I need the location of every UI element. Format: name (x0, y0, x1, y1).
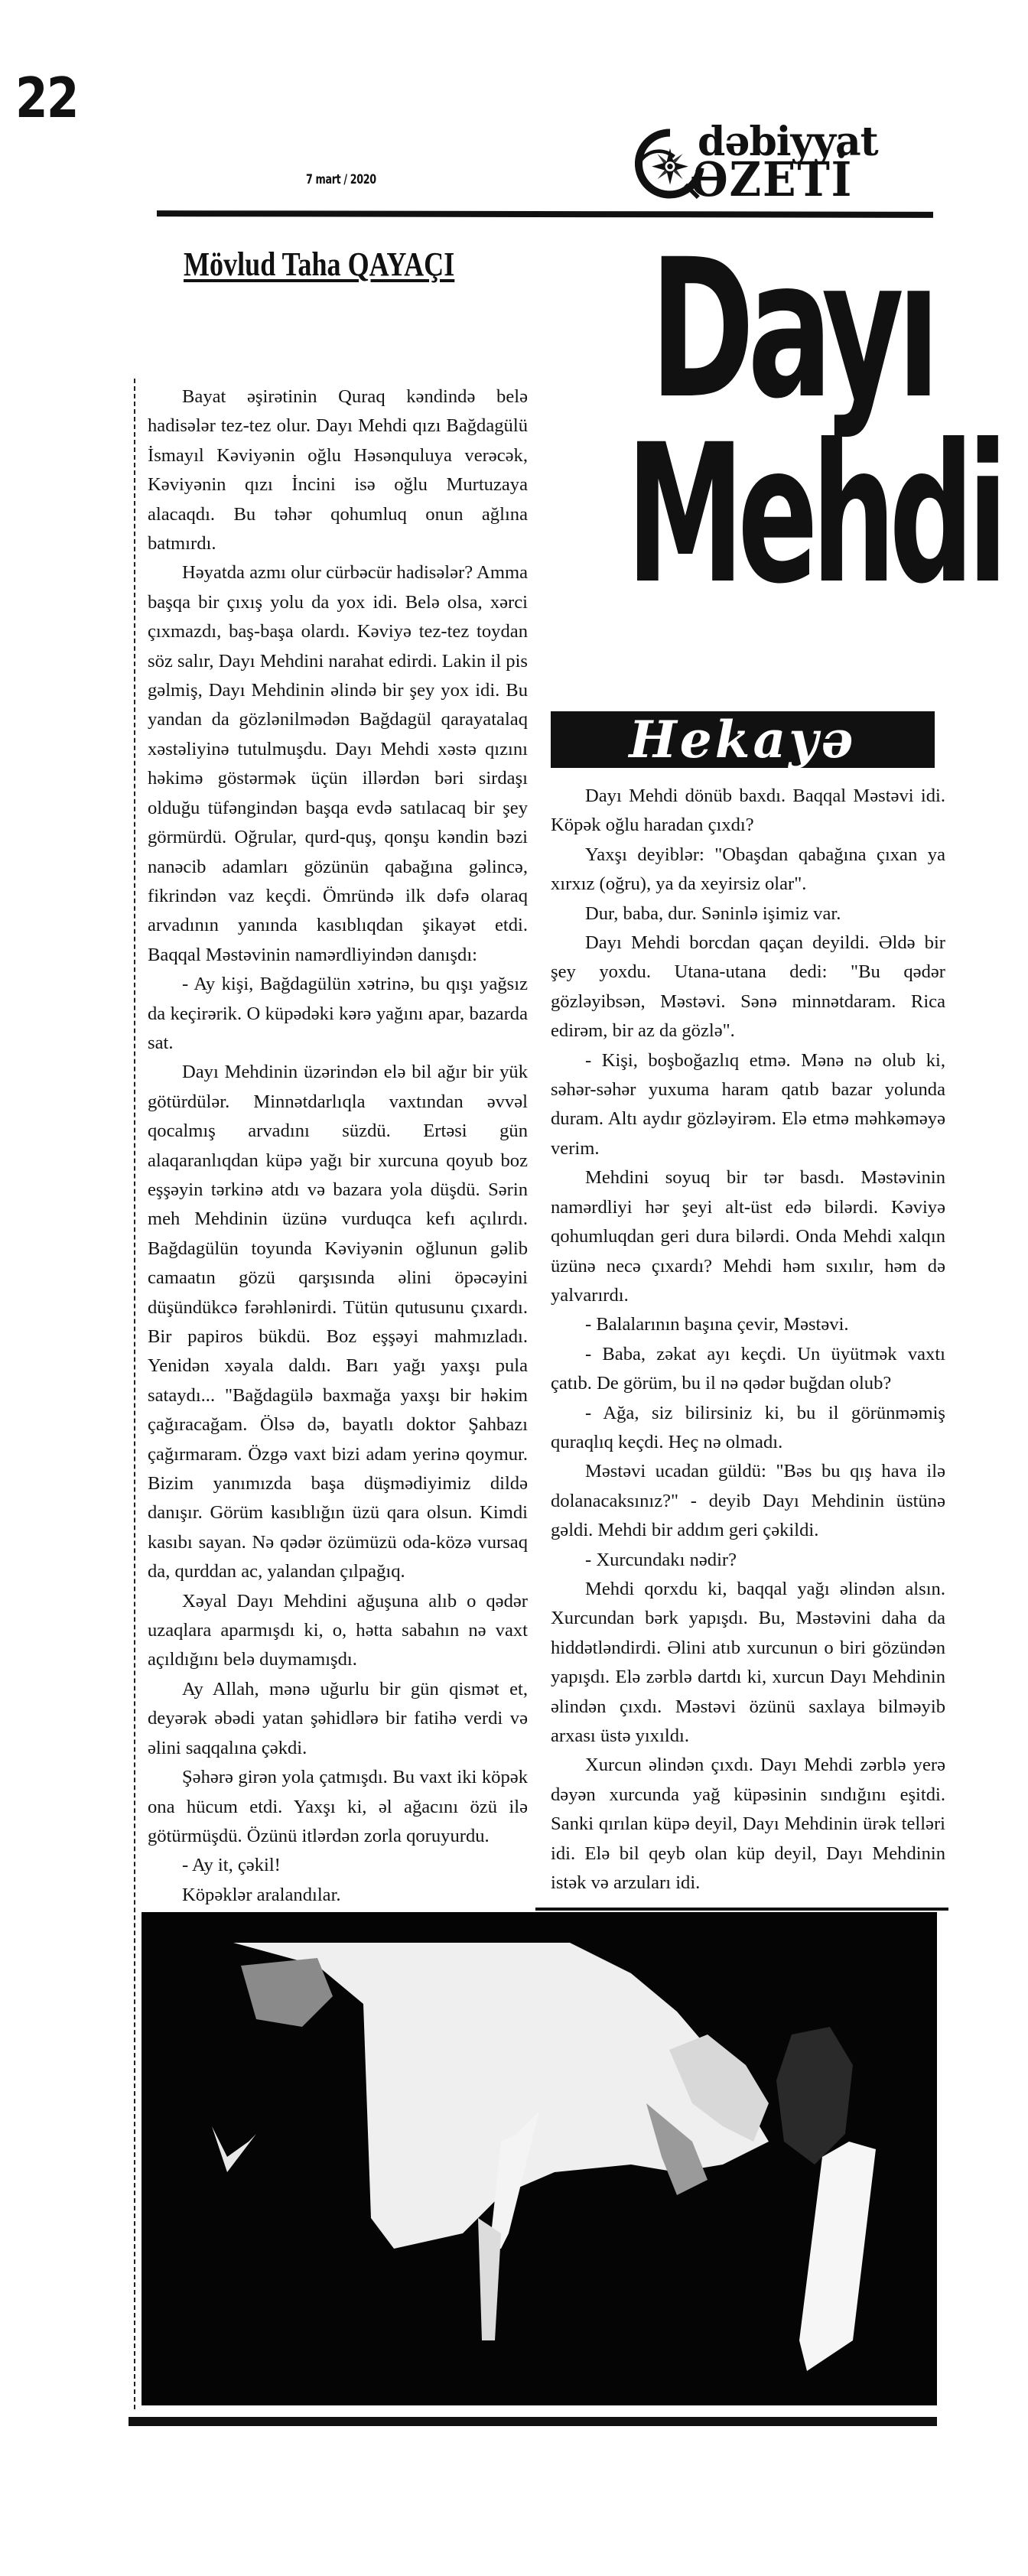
paragraph: Dayı Mehdi dönüb baxdı. Baqqal Məstə­vi … (551, 782, 945, 841)
paragraph: Dayı Mehdinin üzərindən elə bil ağır bir… (148, 1058, 528, 1586)
article-right-column: Dayı Mehdi dönüb baxdı. Baqqal Məstə­vi … (551, 782, 945, 1898)
page-number: 22 (15, 70, 78, 125)
paragraph: - Kişi, boşboğazlıq etmə. Mənə nə olub k… (551, 1046, 945, 1164)
paragraph: - Ağa, siz bilirsiniz ki, bu il görünməm… (551, 1399, 945, 1458)
paragraph: - Ay kişi, Bağdagülün xətrinə, bu qışı y… (148, 970, 528, 1058)
genre-banner: Hekayə (551, 711, 935, 768)
paragraph: - Xurcundakı nədir? (551, 1546, 945, 1575)
paragraph: Həyatda azmı olur cürbəcür hadisələr? Am… (148, 558, 528, 970)
article-title-line-2: Mehdi (626, 419, 873, 610)
footer-rule (128, 2417, 937, 2426)
column-end-rule (535, 1908, 948, 1911)
paragraph: Xəyal Dayı Mehdini ağuşuna alıb o qə­dər… (148, 1587, 528, 1675)
paragraph: - Ay it, çəkil! (148, 1851, 528, 1880)
logo-wordmark-bottom: ƏZETİ (690, 156, 853, 203)
paragraph: - Baba, zəkat ayı keçdi. Un üyütmək vaxt… (551, 1340, 945, 1399)
paragraph: Xurcun əlindən çıxdı. Dayı Mehdi zərb­lə… (551, 1751, 945, 1898)
column-dashed-border (134, 379, 135, 2409)
article-left-column: Bayat əşirətinin Quraq kəndində belə had… (148, 382, 528, 1910)
article-title-line-1: Dayı (650, 234, 842, 425)
paragraph: Yaxşı deyiblər: "Obaşdan qabağına çıxan … (551, 841, 945, 899)
paragraph: Şəhərə girən yola çatmışdı. Bu vaxt iki … (148, 1763, 528, 1851)
header-rule (157, 210, 933, 218)
paragraph: Bayat əşirətinin Quraq kəndində belə had… (148, 382, 528, 558)
paragraph: Ay Allah, mənə uğurlu bir gün qismət et,… (148, 1675, 528, 1763)
article-photo (142, 1912, 937, 2405)
genre-label: Hekayə (629, 714, 856, 765)
newspaper-logo: dəbiyyat ƏZETİ (635, 122, 895, 203)
paragraph: Mehdini soyuq bir tər basdı. Məstəvinin … (551, 1163, 945, 1310)
author-byline: Mövlud Taha QAYAÇI (184, 245, 454, 284)
paragraph: Məstəvi ucadan güldü: "Bəs bu qış hava i… (551, 1457, 945, 1545)
issue-date: 7 mart / 2020 (306, 172, 376, 187)
paragraph: - Balalarının başına çevir, Məstəvi. (551, 1310, 945, 1339)
paragraph: Dur, baba, dur. Səninlə işimiz var. (551, 899, 945, 929)
paragraph: Dayı Mehdi borcdan qaçan deyildi. Əldə b… (551, 929, 945, 1046)
photo-three-men-icon (142, 1912, 937, 2405)
paragraph: Köpəklər aralandılar. (148, 1881, 528, 1910)
paragraph: Mehdi qorxdu ki, baqqal yağı əlindən al­… (551, 1575, 945, 1751)
